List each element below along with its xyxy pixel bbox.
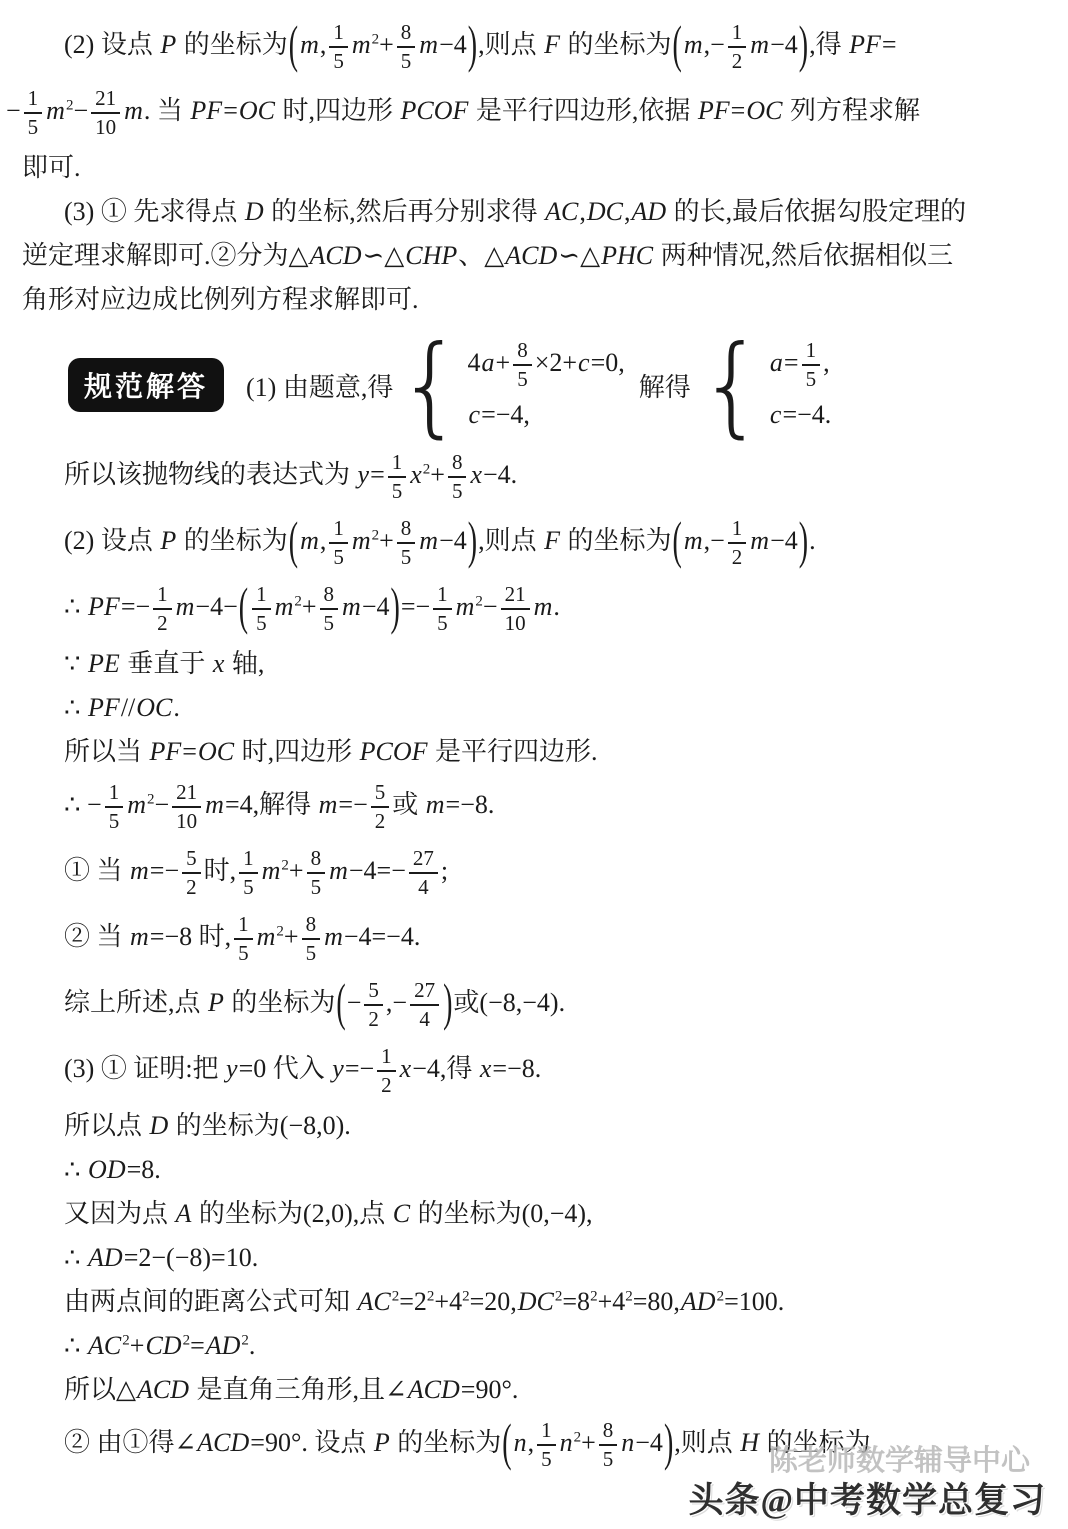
text-line: 所以△ACD 是直角三角形,且∠ACD=90°.	[6, 1368, 1048, 1412]
text-line: ② 当 m=−8 时,15m2+85m−4=−4.	[6, 906, 1048, 972]
solution-connector: 解得	[639, 367, 691, 404]
text-line: 所以当 PF=OC 时,四边形 PCOF 是平行四边形.	[6, 730, 1048, 774]
watermark: 陈老师数学辅导中心 头条@中考数学总复习	[688, 1473, 1046, 1523]
text-line: ∴ AD=2−(−8)=10.	[6, 1236, 1048, 1280]
text-line: 逆定理求解即可.②分为△ACD∽△CHP、△ACD∽△PHC 两种情况,然后依据…	[6, 234, 1048, 278]
document-body: (2) 设点 P 的坐标为(m,15m2+85m−4),则点 F 的坐标为(m,…	[6, 14, 1048, 1478]
equation-row: c=−4,	[468, 400, 625, 430]
text-line: 即可.	[6, 146, 1048, 190]
text-line: 所以点 D 的坐标为(−8,0).	[6, 1104, 1048, 1148]
text-line: (3) ① 证明:把 y=0 代入 y=−12x−4,得 x=−8.	[6, 1038, 1048, 1104]
equation-rows: 4a+85×2+c=0, c=−4,	[468, 340, 625, 430]
text-line: 所以该抛物线的表达式为 y=15x2+85x−4.	[6, 444, 1048, 510]
equation-row: 4a+85×2+c=0,	[468, 340, 625, 390]
equation-system-1: { 4a+85×2+c=0, c=−4,	[397, 340, 624, 430]
text-line: 又因为点 A 的坐标为(2,0),点 C 的坐标为(0,−4),	[6, 1192, 1048, 1236]
solution-header-line: 规范解答 (1) 由题意,得 { 4a+85×2+c=0, c=−4, 解得 {…	[6, 340, 1048, 430]
page: (2) 设点 P 的坐标为(m,15m2+85m−4),则点 F 的坐标为(m,…	[0, 0, 1068, 1529]
text-line: (2) 设点 P 的坐标为(m,15m2+85m−4),则点 F 的坐标为(m,…	[6, 510, 1048, 576]
text-line: ∴ OD=8.	[6, 1148, 1048, 1192]
equation-row: c=−4.	[769, 400, 831, 430]
solution-badge: 规范解答	[68, 358, 224, 412]
text-line: ∴ −15m2−2110m=4,解得 m=−52或 m=−8.	[6, 774, 1048, 840]
text-line: 综上所述,点 P 的坐标为(−52,−274)或(−8,−4).	[6, 972, 1048, 1038]
text-line: ∴ PF=−12m−4−(15m2+85m−4)=−15m2−2110m.	[6, 576, 1048, 642]
text-line: −15m2−2110m. 当 PF=OC 时,四边形 PCOF 是平行四边形,依…	[6, 80, 1048, 146]
equation-system-2: { a=15, c=−4.	[699, 340, 832, 430]
text-line: (3) ① 先求得点 D 的坐标,然后再分别求得 AC,DC,AD 的长,最后依…	[6, 190, 1048, 234]
text-line: 由两点间的距离公式可知 AC2=22+42=20,DC2=82+42=80,AD…	[6, 1280, 1048, 1324]
equation-rows: a=15, c=−4.	[769, 340, 831, 430]
solution-intro: (1) 由题意,得	[246, 367, 393, 404]
text-line: (2) 设点 P 的坐标为(m,15m2+85m−4),则点 F 的坐标为(m,…	[6, 14, 1048, 80]
text-line: ∵ PE 垂直于 x 轴,	[6, 642, 1048, 686]
text-line: 角形对应边成比例列方程求解即可.	[6, 278, 1048, 322]
text-line: ∴ AC2+CD2=AD2.	[6, 1324, 1048, 1368]
equation-row: a=15,	[769, 340, 831, 390]
text-line: ∴ PF//OC.	[6, 686, 1048, 730]
watermark-front-text: 头条@中考数学总复习	[688, 1473, 1046, 1523]
text-line: ① 当 m=−52时,15m2+85m−4=−274;	[6, 840, 1048, 906]
